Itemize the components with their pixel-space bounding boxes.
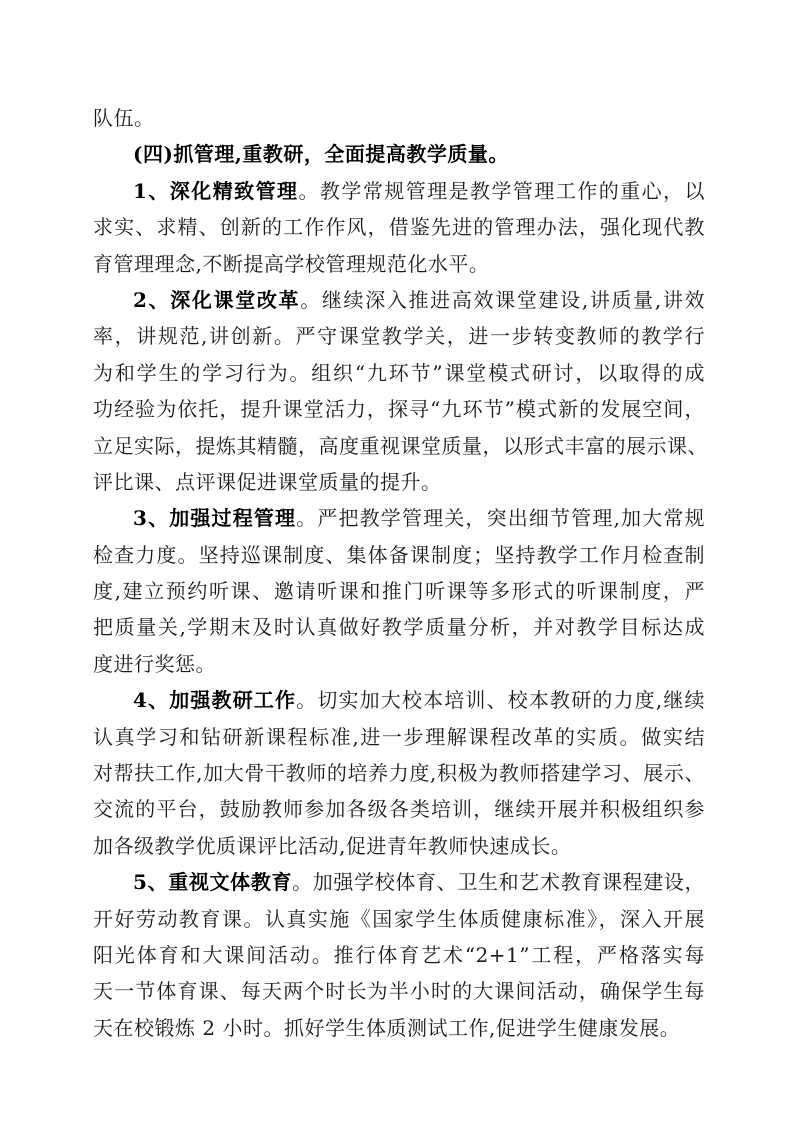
item-text: 功经验为依托，提升课堂活力，探寻“九环节”模式新的发展空间， [93, 391, 705, 427]
paragraph-item-5: 5、重视文体教育。加强学校体育、卫生和艺术教育课程建设， 开好劳动教育课。认真实… [93, 864, 705, 1046]
item-text: 天在校锻炼 2 小时。抓好学生体质测试工作,促进学生健康发展。 [93, 1010, 705, 1046]
item-text: 。切实加大校本培训、校本教研的力度,继续 [296, 688, 705, 712]
item-text: 认真学习和钻研新课程标准,进一步理解课程改革的实质。做实结 [93, 719, 705, 755]
item-text: 求实、求精、创新的工作作风，借鉴先进的管理办法，强化现代教 [93, 209, 705, 245]
item-text: 对帮扶工作,加大骨干教师的培养力度,积极为教师搭建学习、展示、 [93, 755, 705, 791]
item-title: 3、加强过程管理 [133, 506, 296, 530]
item-text: 评比课、点评课促进课堂质量的提升。 [93, 464, 705, 500]
document-page: 队伍。 (四)抓管理,重教研，全面提高教学质量。 1、深化精致管理。教学常规管理… [93, 100, 705, 1046]
item-text: 天一节体育课、每天两个时长为半小时的大课间活动，确保学生每 [93, 973, 705, 1009]
item-title: 2、深化课堂改革 [133, 288, 300, 312]
item-text: 。教学常规管理是教学管理工作的重心，以 [298, 179, 705, 203]
item-text: 阳光体育和大课间活动。推行体育艺术“2+1”工程，严格落实每 [93, 937, 705, 973]
item-title: 4、加强教研工作 [133, 688, 296, 712]
item-text: 开好劳动教育课。认真实施《国家学生体质健康标准》，深入开展 [93, 901, 705, 937]
item-title: 1、深化精致管理 [133, 179, 298, 203]
item-text: 为和学生的学习行为。组织“九环节”课堂模式研讨，以取得的成 [93, 355, 705, 391]
item-text: 。继续深入推进高效课堂建设,讲质量,讲效 [300, 288, 705, 312]
intro-line: 队伍。 [93, 100, 705, 136]
section-heading: (四)抓管理,重教研，全面提高教学质量。 [93, 136, 705, 172]
item-text: 加各级教学优质课评比活动,促进青年教师快速成长。 [93, 828, 705, 864]
item-text: 。严把教学管理关，突出细节管理,加大常规 [296, 506, 705, 530]
item-text: 交流的平台，鼓励教师参加各级各类培训，继续开展并积极组织参 [93, 791, 705, 827]
item-text: 把质量关,学期末及时认真做好教学质量分析，并对教学目标达成 [93, 609, 705, 645]
item-text: 育管理理念,不断提高学校管理规范化水平。 [93, 246, 705, 282]
item-text: 度,建立预约听课、邀请听课和推门听课等多形式的听课制度，严 [93, 573, 705, 609]
paragraph-item-1: 1、深化精致管理。教学常规管理是教学管理工作的重心，以 求实、求精、创新的工作作… [93, 173, 705, 282]
item-text: 立足实际，提炼其精髓，高度重视课堂质量，以形式丰富的展示课、 [93, 428, 705, 464]
paragraph-item-3: 3、加强过程管理。严把教学管理关，突出细节管理,加大常规 检查力度。坚持巡课制度… [93, 500, 705, 682]
item-text: 检查力度。坚持巡课制度、集体备课制度；坚持教学工作月检查制 [93, 537, 705, 573]
item-text: 度进行奖惩。 [93, 646, 705, 682]
paragraph-item-4: 4、加强教研工作。切实加大校本培训、校本教研的力度,继续 认真学习和钻研新课程标… [93, 682, 705, 864]
paragraph-item-2: 2、深化课堂改革。继续深入推进高效课堂建设,讲质量,讲效 率，讲规范,讲创新。严… [93, 282, 705, 500]
item-text: 率，讲规范,讲创新。严守课堂教学关，进一步转变教师的教学行 [93, 318, 705, 354]
item-text: 。加强学校体育、卫生和艺术教育课程建设， [292, 870, 705, 894]
item-title: 5、重视文体教育 [133, 870, 292, 894]
